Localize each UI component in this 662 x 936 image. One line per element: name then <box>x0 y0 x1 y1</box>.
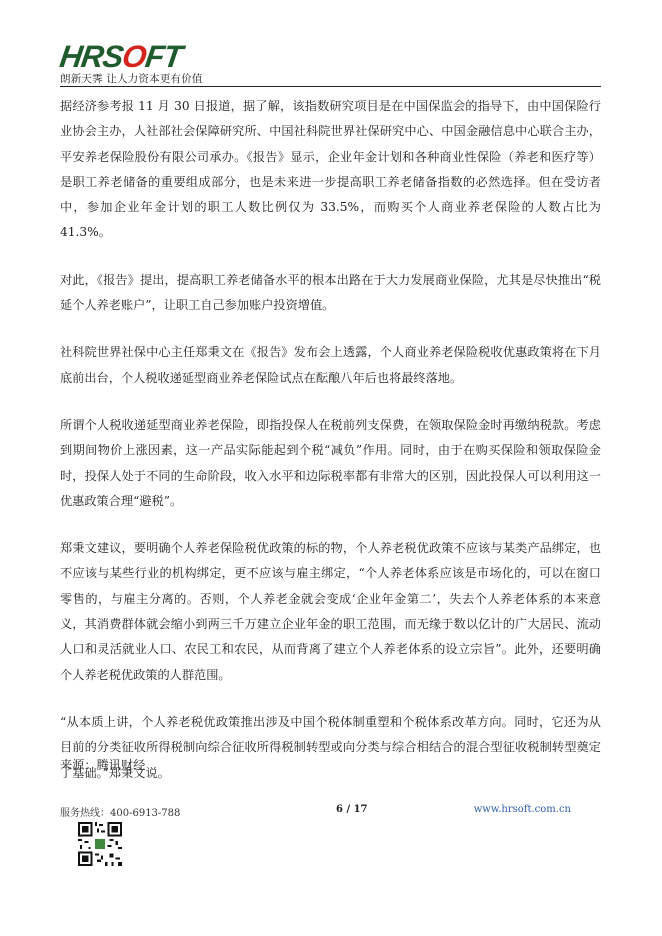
paragraph: 对此，《报告》提出，提高职工养老储备水平的根本出路在于大力发展商业保险，尤其是尽… <box>60 268 601 319</box>
website-link[interactable]: www.hrsoft.com.cn <box>474 804 571 815</box>
paragraph: “从本质上讲，个人养老税优政策推出涉及中国个税体制重塑和个税体系改革方向。同时，… <box>60 710 601 786</box>
paragraph: 社科院世界社保中心主任郑秉文在《报告》发布会上透露，个人商业养老保险税收优惠政策… <box>60 340 601 391</box>
page-number: 6 / 17 <box>336 804 368 815</box>
paragraph: 所谓个人税收递延型商业养老保险，即指投保人在税前列支保费，在领取保险金时再缴纳税… <box>60 413 601 514</box>
company-tagline: 朗新天霁 让人力资本更有价值 <box>60 71 203 86</box>
qr-code-icon <box>78 822 122 866</box>
logo-text-hrs: HRS <box>58 42 125 72</box>
page-header: HRSOFT 朗新天霁 让人力资本更有价值 <box>60 40 601 87</box>
service-hotline: 服务热线：400-6913-788 <box>60 804 180 819</box>
logo-text-ft: FT <box>143 42 183 72</box>
article-source: 来源：腾讯财经 <box>60 756 145 773</box>
paragraph: 据经济参考报 11 月 30 日报道，据了解，该指数研究项目是在中国保监会的指导… <box>60 94 601 246</box>
hrsoft-logo: HRSOFT <box>58 42 184 72</box>
page-footer: 服务热线：400-6913-788 6 / 17 www.hrsoft.com.… <box>60 804 601 820</box>
paragraph: 郑秉文建议，要明确个人养老保险税优政策的标的物，个人养老税优政策不应该与某类产品… <box>60 536 601 688</box>
article-body: 据经济参考报 11 月 30 日报道，据了解，该指数研究项目是在中国保监会的指导… <box>60 94 601 786</box>
